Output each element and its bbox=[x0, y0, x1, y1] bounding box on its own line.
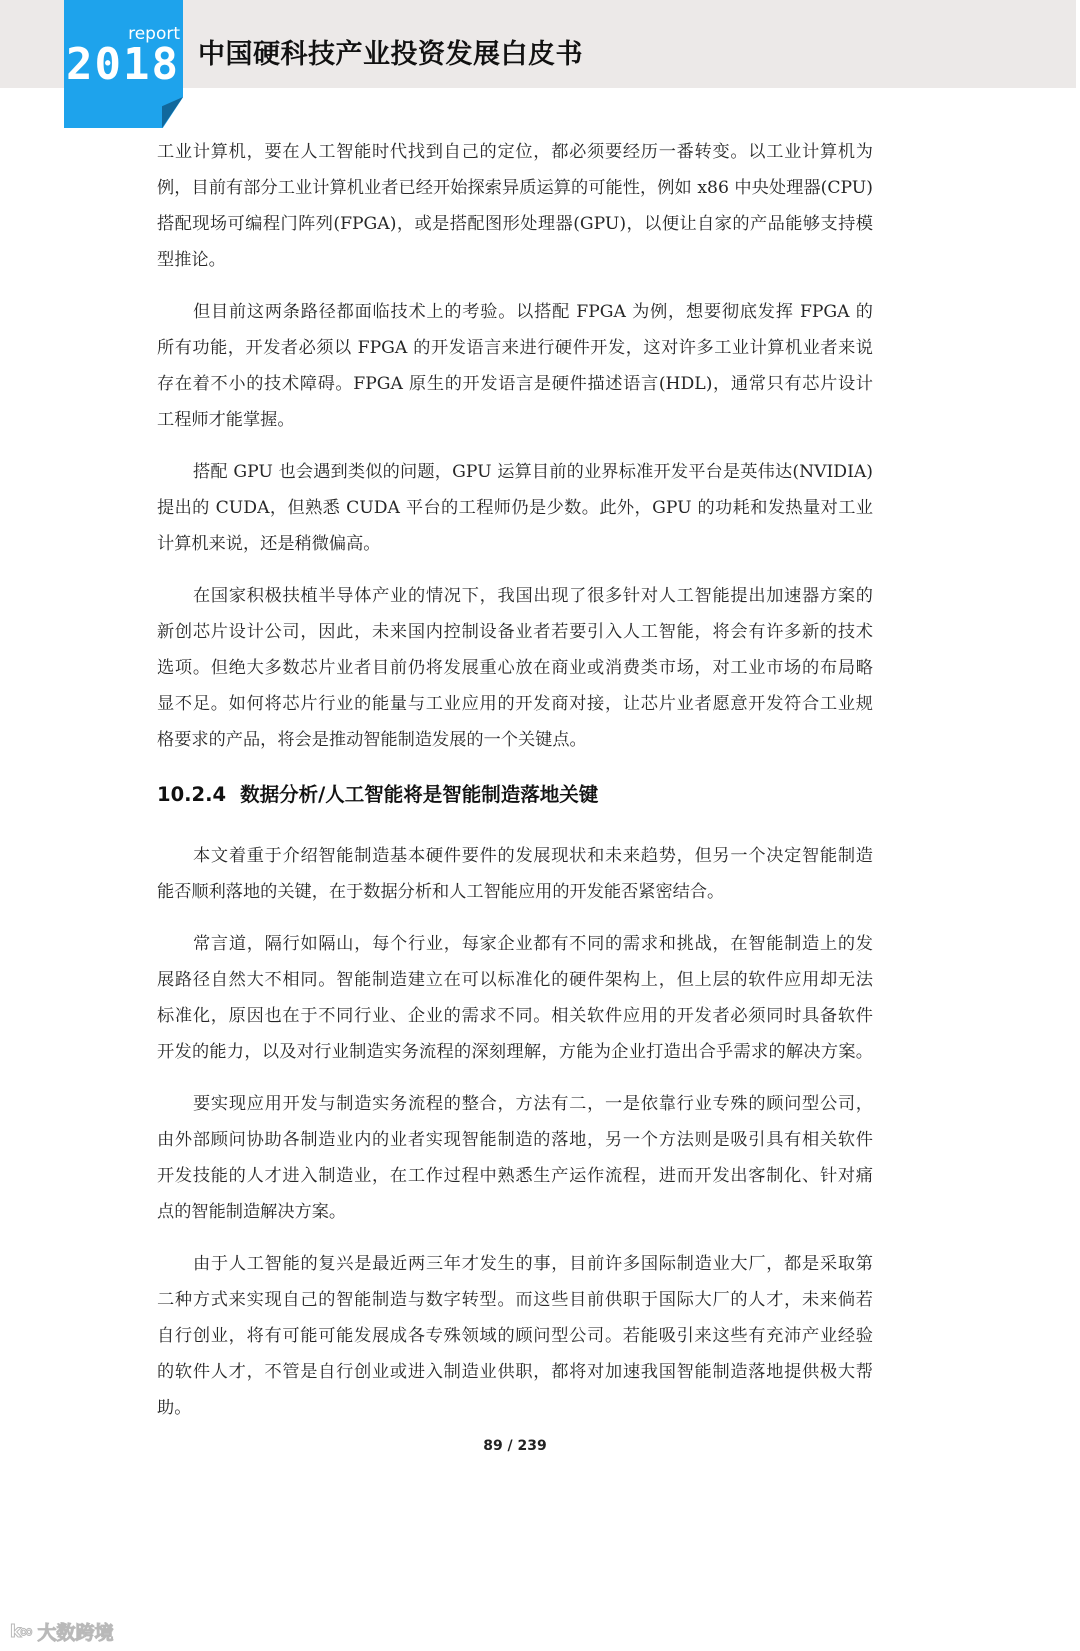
text-line: 能否顺利落地的关键，在于数据分析和人工智能应用的开发能否紧密结合。 bbox=[157, 874, 873, 910]
section-number: 10.2.4 bbox=[157, 783, 226, 806]
text-line: 但目前这两条路径都面临技术上的考验。以搭配 FPGA 为例，想要彻底发挥 FPG… bbox=[193, 294, 873, 330]
section-title: 数据分析/人工智能将是智能制造落地关键 bbox=[240, 783, 598, 806]
text-line: 搭配现场可编程门阵列(FPGA)，或是搭配图形处理器(GPU)，以便让自家的产品… bbox=[157, 206, 873, 242]
text-line: 开发的能力，以及对行业制造实务流程的深刻理解，方能为企业打造出合乎需求的解决方案… bbox=[157, 1034, 873, 1070]
text-line: 搭配 GPU 也会遇到类似的问题，GPU 运算目前的业界标准开发平台是英伟达(N… bbox=[193, 454, 873, 490]
document-title: 中国硬科技产业投资发展白皮书 bbox=[198, 32, 583, 71]
text-line: 自行创业，将有可能可能发展成各专殊领域的顾问型公司。若能吸引来这些有充沛产业经验 bbox=[157, 1318, 873, 1354]
text-line: 存在着不小的技术障碍。FPGA 原生的开发语言是硬件描述语言(HDL)，通常只有… bbox=[157, 366, 873, 402]
text-line: 点的智能制造解决方案。 bbox=[157, 1194, 873, 1230]
text-line: 常言道，隔行如隔山，每个行业，每家企业都有不同的需求和挑战，在智能制造上的发 bbox=[193, 926, 873, 962]
text-line: 型推论。 bbox=[157, 242, 873, 278]
watermark-logo-icon: k∞ bbox=[10, 1622, 31, 1642]
text-line: 显不足。如何将芯片行业的能量与工业应用的开发商对接，让芯片业者愿意开发符合工业规 bbox=[157, 686, 873, 722]
text-line: 选项。但绝大多数芯片业者目前仍将发展重心放在商业或消费类市场，对工业市场的布局略 bbox=[157, 650, 873, 686]
text-line: 格要求的产品，将会是推动智能制造发展的一个关键点。 bbox=[157, 722, 873, 758]
page-number: 89 / 239 bbox=[0, 1438, 1030, 1454]
text-line: 在国家积极扶植半导体产业的情况下，我国出现了很多针对人工智能提出加速器方案的 bbox=[193, 578, 873, 614]
text-line: 新创芯片设计公司，因此，未来国内控制设备业者若要引入人工智能，将会有许多新的技术 bbox=[157, 614, 873, 650]
watermark-text: 大数跨境 bbox=[37, 1618, 113, 1645]
text-line: 所有功能，开发者必须以 FPGA 的开发语言来进行硬件开发，这对许多工业计算机业… bbox=[157, 330, 873, 366]
text-line: 二种方式来实现自己的智能制造与数字转型。而这些目前供职于国际大厂的人才，未来倘若 bbox=[157, 1282, 873, 1318]
text-line: 工程师才能掌握。 bbox=[157, 402, 873, 438]
text-line: 工业计算机，要在人工智能时代找到自己的定位，都必须要经历一番转变。以工业计算机为 bbox=[157, 134, 873, 170]
text-line: 由于人工智能的复兴是最近两三年才发生的事，目前许多国际制造业大厂，都是采取第 bbox=[193, 1246, 873, 1282]
logo-year: 2018 bbox=[66, 40, 182, 90]
text-line: 的软件人才，不管是自行创业或进入制造业供职，都将对加速我国智能制造落地提供极大帮 bbox=[157, 1354, 873, 1390]
text-line: 标准化，原因也在于不同行业、企业的需求不同。相关软件应用的开发者必须同时具备软件 bbox=[157, 998, 873, 1034]
text-line: 助。 bbox=[157, 1390, 873, 1426]
text-line: 展路径自然大不相同。智能制造建立在可以标准化的硬件架构上，但上层的软件应用却无法 bbox=[157, 962, 873, 998]
text-line: 计算机来说，还是稍微偏高。 bbox=[157, 526, 873, 562]
text-line: 例，目前有部分工业计算机业者已经开始探索异质运算的可能性，例如 x86 中央处理… bbox=[157, 170, 873, 206]
text-line: 提出的 CUDA，但熟悉 CUDA 平台的工程师仍是少数。此外，GPU 的功耗和… bbox=[157, 490, 873, 526]
watermark: k∞ 大数跨境 bbox=[10, 1618, 113, 1645]
text-line: 本文着重于介绍智能制造基本硬件要件的发展现状和未来趋势，但另一个决定智能制造 bbox=[193, 838, 873, 874]
text-line: 由外部顾问协助各制造业内的业者实现智能制造的落地，另一个方法则是吸引具有相关软件 bbox=[157, 1122, 873, 1158]
text-line: 开发技能的人才进入制造业，在工作过程中熟悉生产运作流程，进而开发出客制化、针对痛 bbox=[157, 1158, 873, 1194]
section-heading: 10.2.4数据分析/人工智能将是智能制造落地关键 bbox=[157, 779, 598, 807]
text-line: 要实现应用开发与制造实务流程的整合，方法有二，一是依靠行业专殊的顾问型公司， bbox=[193, 1086, 873, 1122]
